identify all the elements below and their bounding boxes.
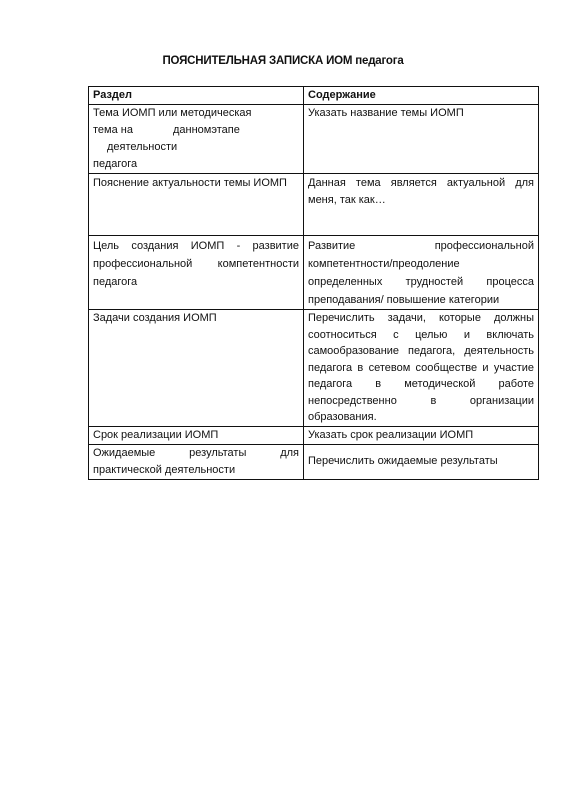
section-line: педагога	[93, 156, 299, 173]
section-cell: Задачи создания ИОМП	[89, 310, 304, 427]
table-header-row: Раздел Содержание	[89, 87, 539, 105]
section-cell: Цель создания ИОМП - развитие профессион…	[89, 236, 304, 310]
section-line: деятельности	[93, 139, 299, 156]
content-cell: Указать название темы ИОМП	[304, 105, 539, 174]
table-row: Тема ИОМП или методическая тема наданном…	[89, 105, 539, 174]
table-row: Ожидаемые результаты для практической де…	[89, 444, 539, 479]
header-content: Содержание	[304, 87, 539, 105]
table-row: Задачи создания ИОМП Перечислить задачи,…	[89, 310, 539, 427]
content-cell: Указать срок реализации ИОМП	[304, 426, 539, 444]
table-row: Пояснение актуальности темы ИОМП Данная …	[89, 174, 539, 236]
section-line: тема наданномэтапе	[93, 122, 299, 139]
content-cell: Перечислить ожидаемые результаты	[304, 444, 539, 479]
section-cell: Тема ИОМП или методическая тема наданном…	[89, 105, 304, 174]
header-section: Раздел	[89, 87, 304, 105]
section-cell: Пояснение актуальности темы ИОМП	[89, 174, 304, 236]
content-cell: Перечислить задачи, которые должны соотн…	[304, 310, 539, 427]
content-cell: Данная тема является актуальной для меня…	[304, 174, 539, 236]
table-row: Срок реализации ИОМП Указать срок реализ…	[89, 426, 539, 444]
section-cell: Срок реализации ИОМП	[89, 426, 304, 444]
table-row: Цель создания ИОМП - развитие профессион…	[89, 236, 539, 310]
section-cell: Ожидаемые результаты для практической де…	[89, 444, 304, 479]
explanatory-note-table: Раздел Содержание Тема ИОМП или методиче…	[88, 86, 539, 480]
content-cell: Развитие профессиональной компетентности…	[304, 236, 539, 310]
document-title: ПОЯСНИТЕЛЬНАЯ ЗАПИСКА ИОМ педагога	[0, 55, 566, 67]
section-line: Тема ИОМП или методическая	[93, 105, 299, 122]
